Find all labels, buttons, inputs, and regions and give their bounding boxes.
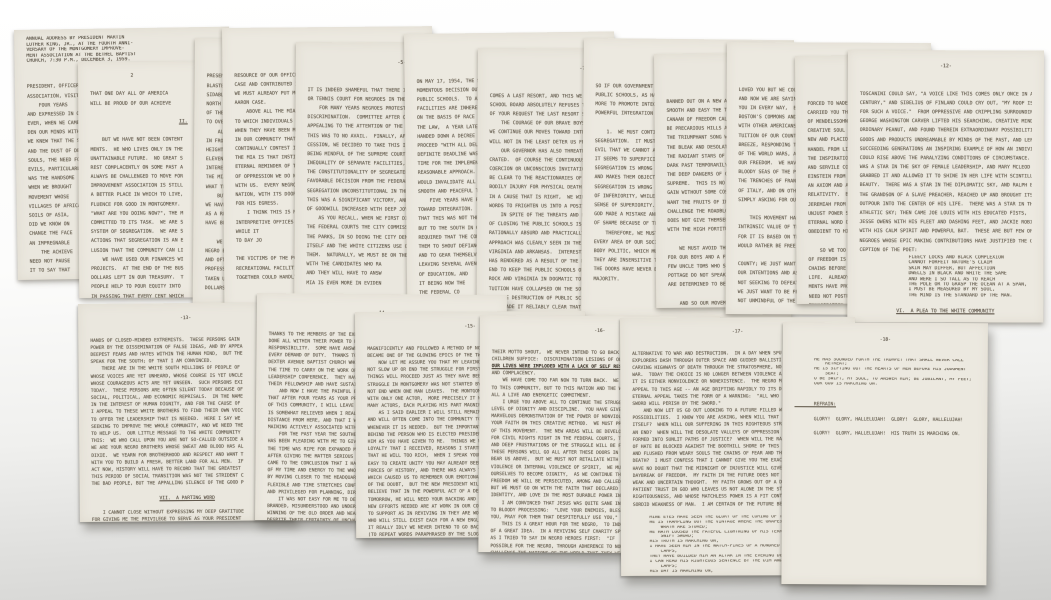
typewritten-line: GEORGE WASHINGTON CARVER LIFTED HIS SEAR…	[860, 117, 1032, 127]
typewritten-line: VI. A PLEA TO THE WHITE COMMUNITY	[859, 307, 1031, 317]
typewritten-line: WITH HIS CALM SPIRIT AND POWERFUL BAT. T…	[860, 227, 1032, 237]
typewritten-line: BEAUTY. THERE WAS A STAR IN THE DIPLOMAT…	[860, 181, 1032, 191]
typewritten-line: ORDINARY PEANUT, AND FOUND THEREIN EXTRA…	[860, 126, 1032, 136]
typewritten-line: ATHLETIC SKY; THEN CAME JOE LOUIS WITH H…	[860, 209, 1032, 219]
typewritten-line: TOSCANINI COULD SAY, "A VOICE LIKE THIS …	[860, 90, 1032, 100]
document-stack: ANNUAL ADDRESS BY PRESIDENT MARTINLUTHER…	[0, 0, 1051, 600]
typewritten-line	[860, 71, 1032, 81]
typewritten-line: CEPTION OF THE POET:	[859, 246, 1031, 256]
page-12: -12- TOSCANINI COULD SAY, "A VOICE LIKE …	[847, 50, 1044, 323]
typewritten-line: THE MIND IS THE STANDARD OF THE MAN.	[859, 293, 1031, 299]
typewritten-line: SUCCEEDING GENERATIONS AN INSPIRING EXAM…	[860, 145, 1032, 155]
typewritten-line: GRABBED IT AND ALLOWED IT TO SHINE IN HE…	[860, 172, 1032, 182]
typewritten-line: WAS A STAR IN THE SKY OF FEMALE LEADERSH…	[860, 163, 1032, 173]
typewritten-line: NEGROES WHOSE EPIC MAKING CONTRIBUTIONS …	[859, 237, 1031, 247]
typewritten-line	[860, 80, 1032, 90]
typewritten-line: GLORY! GLORY, HALLELUJAH! HIS TRUTH IS M…	[794, 430, 975, 438]
typewritten-line	[859, 298, 1031, 308]
typewritten-line: GLORY! GLORY, HALLELUJAH! GLORY! GLORY, …	[794, 416, 975, 424]
typewritten-line: JESSE OWENS WITH HIS FLEET AND DASHING F…	[860, 218, 1032, 228]
typewritten-line: THE GRANDSON OF A SLAVE PREACHER, REACHE…	[860, 191, 1032, 201]
typewritten-line: GOODS AND PRODUCTS UNDREAMABLE BY MINDS …	[860, 136, 1032, 146]
typewritten-line: COULD RISE ABOVE THE PARALYZING CONDITIO…	[860, 154, 1032, 164]
typewritten-line: FOR SUCH A VOICE." FROM OPPRESSIVE AND C…	[860, 108, 1032, 118]
page-18: -18- HE HAS SOUNDED FORTH THE TRUMPET TH…	[781, 322, 988, 585]
typewritten-line: CENTURY," AND SIBELIUS OF FINLAND COULD …	[860, 99, 1032, 109]
page-number: -12-	[860, 62, 1032, 72]
typewritten-line	[859, 316, 1031, 322]
typewritten-line: OUTPOUR INTO THE CENTER OF HIS LIFE. THE…	[860, 200, 1032, 210]
